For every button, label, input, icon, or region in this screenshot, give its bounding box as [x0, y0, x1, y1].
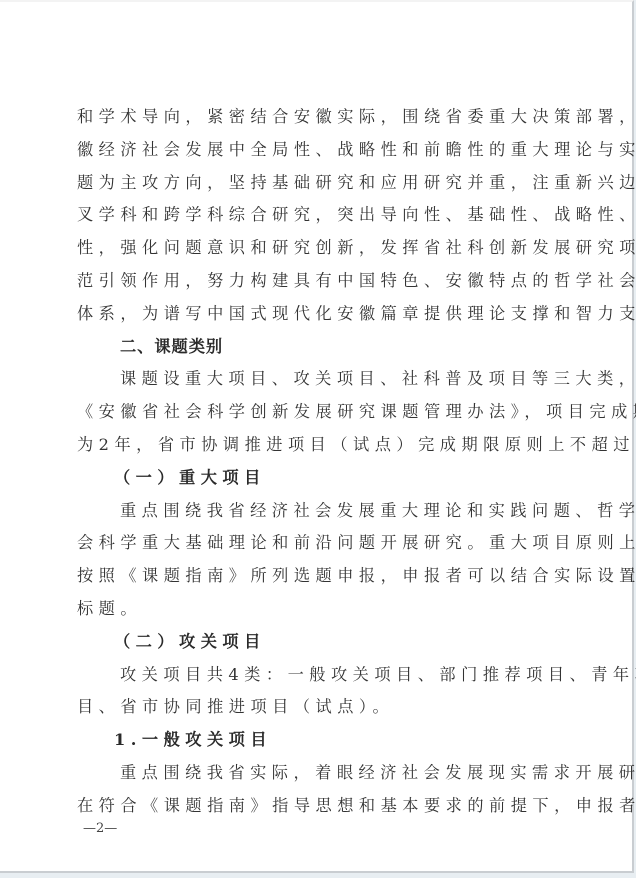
paragraph-line: 课题设重大项目、攻关项目、社科普及项目等三大类，根据 — [77, 365, 557, 398]
paragraph-line: 目、省市协同推进项目（试点）。 — [77, 693, 557, 726]
paragraph-line: 攻关项目共4类：一般攻关项目、部门推荐项目、青年项 — [77, 661, 557, 694]
paragraph-line: 徽经济社会发展中全局性、战略性和前瞻性的重大理论与实践问 — [77, 136, 557, 169]
page-number: —2— — [83, 821, 117, 836]
subheading-general-key-projects: 1.一般攻关项目 — [77, 726, 557, 759]
paragraph-line: 会科学重大基础理论和前沿问题开展研究。重大项目原则上须 — [77, 529, 557, 562]
paragraph-line: 叉学科和跨学科综合研究，突出导向性、基础性、战略性、针对 — [77, 201, 557, 234]
subheading-major-projects: （一）重大项目 — [77, 464, 557, 497]
document-page: 和学术导向，紧密结合安徽实际，围绕省委重大决策部署，以安 徽经济社会发展中全局性… — [0, 0, 634, 873]
paragraph-line: 按照《课题指南》所列选题申报，申报者可以结合实际设置副 — [77, 562, 557, 595]
paragraph-line: 重点围绕我省实际，着眼经济社会发展现实需求开展研究。 — [77, 759, 557, 792]
subheading-key-projects: （二）攻关项目 — [77, 628, 557, 661]
paragraph-line: 和学术导向，紧密结合安徽实际，围绕省委重大决策部署，以安 — [77, 103, 557, 136]
document-body: 和学术导向，紧密结合安徽实际，围绕省委重大决策部署，以安 徽经济社会发展中全局性… — [77, 103, 557, 825]
paragraph-line: 在符合《课题指南》指导思想和基本要求的前提下，申报者可以 — [77, 792, 557, 825]
paragraph-line: 性，强化问题意识和研究创新，发挥省社科创新发展研究项目示 — [77, 234, 557, 267]
paragraph-line: 重点围绕我省经济社会发展重大理论和实践问题、哲学社 — [77, 497, 557, 530]
paragraph-line: 《安徽省社会科学创新发展研究课题管理办法》，项目完成期限 — [77, 398, 557, 431]
paragraph-line: 题为主攻方向，坚持基础研究和应用研究并重，注重新兴边缘交 — [77, 169, 557, 202]
paragraph-line: 标题。 — [77, 595, 557, 628]
paragraph-line: 体系，为谱写中国式现代化安徽篇章提供理论支撑和智力支持。 — [77, 300, 557, 333]
paragraph-line: 范引领作用，努力构建具有中国特色、安徽特点的哲学社会科学 — [77, 267, 557, 300]
section-heading-topic-categories: 二、课题类别 — [77, 333, 557, 366]
paragraph-line: 为2年，省市协调推进项目（试点）完成期限原则上不超过1年。 — [77, 431, 557, 464]
